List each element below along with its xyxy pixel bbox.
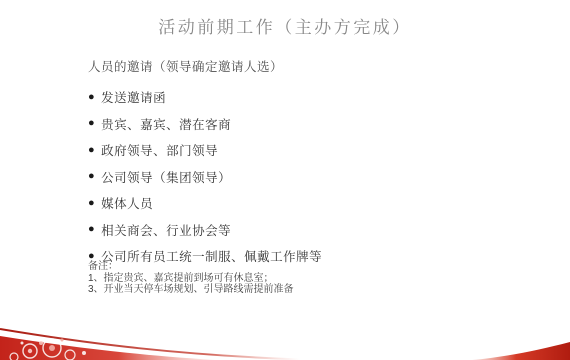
footer-ribbon-decoration [0,285,570,360]
ribbon-left-band [0,336,215,360]
bullet-dot-icon: ● [88,251,95,262]
list-item: ● 政府领导、部门领导 [88,143,540,157]
ribbon-right-wedge [472,342,570,360]
list-item: ● 公司领导（集团领导） [88,170,540,184]
bullet-dot-icon: ● [88,198,95,209]
list-item: ● 相关商会、行业协会等 [88,223,540,237]
bullet-dot-icon: ● [88,92,95,103]
slide-body: 人员的邀请（领导确定邀请人选） ● 发送邀请函 ● 贵宾、嘉宾、潜在客商 ● 政… [88,57,540,276]
bullet-dot-icon: ● [88,171,95,182]
notes-line: 1、指定贵宾、嘉宾提前到场可有休息室； [88,273,540,285]
slide-title: 活动前期工作（主办方完成） [0,13,570,38]
bullet-dot-icon: ● [88,118,95,129]
list-item: ● 媒体人员 [88,196,540,210]
notes-label: 备注： [88,261,540,273]
list-item-text: 公司领导（集团领导） [101,168,231,186]
slide-canvas: 活动前期工作（主办方完成） 人员的邀请（领导确定邀请人选） ● 发送邀请函 ● … [0,0,570,360]
bullet-dot-icon: ● [88,224,95,235]
list-item-text: 相关商会、行业协会等 [101,221,231,239]
bullet-dot-icon: ● [88,145,95,156]
list-item-text: 政府领导、部门领导 [101,141,218,159]
list-item: ● 贵宾、嘉宾、潜在客商 [88,117,540,131]
lead-line: 人员的邀请（领导确定邀请人选） [88,57,540,75]
list-item-text: 发送邀请函 [101,88,166,106]
list-item-text: 贵宾、嘉宾、潜在客商 [101,115,231,133]
list-item-text: 媒体人员 [101,194,153,212]
list-item: ● 发送邀请函 [88,90,540,104]
bullet-list: ● 发送邀请函 ● 贵宾、嘉宾、潜在客商 ● 政府领导、部门领导 ● 公司领导（… [88,90,540,263]
